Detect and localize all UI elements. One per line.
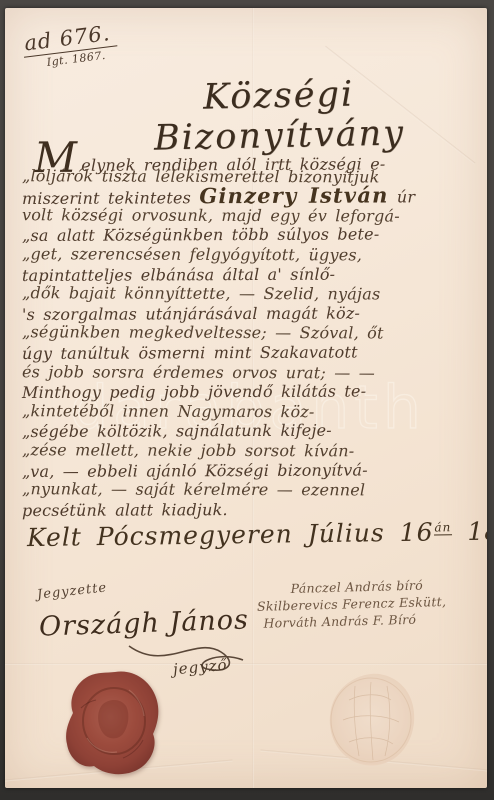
notary-note: Jegyzette (36, 580, 107, 602)
body-line: úgy tanúltuk ösmerni mint Szakavatott (22, 342, 478, 364)
body-line: „sa alatt Községünkben több súlyos bete- (22, 224, 478, 246)
body-line: 's szorgalmas utánjárásával magát köz- (22, 303, 478, 325)
embossed-paper-seal (321, 670, 421, 772)
dateline: Kelt Pócsmegyeren Július 16án 1867. (27, 517, 479, 552)
photo-background: darabanth ad 676. Igt. 1867. Községi Biz… (0, 0, 494, 800)
dateline-superscript: án (433, 520, 452, 535)
red-wax-seal (63, 668, 167, 778)
body-line: „dők bajait könnyíttette, — Szelid, nyáj… (22, 283, 478, 304)
body-line: tapintatteljes elbánása által a' sínlő- (22, 264, 478, 286)
body-line: Minthogy pedig jobb jövendő kilátás te- (22, 381, 478, 403)
body-line-name: miszerint tekintetes Ginzery István úr (22, 185, 478, 207)
opening-initial: M (34, 149, 77, 167)
document-paper: darabanth ad 676. Igt. 1867. Községi Biz… (5, 8, 487, 788)
person-name: Ginzery István (199, 183, 388, 209)
notary-signature: Országh János (39, 604, 250, 642)
officials-signatures: Pánczel András bíró Skilberevics Ferencz… (256, 575, 477, 632)
body-line: „ségünkben megkedveltesse; — Szóval, őt (22, 323, 478, 344)
reference-block: ad 676. Igt. 1867. (21, 20, 120, 71)
name-line-post: úr (397, 187, 415, 206)
document-body: Melynek rendiben alól irtt községi e- „l… (22, 147, 478, 519)
body-line: volt községi orvosunk, majd egy év lefor… (22, 205, 478, 226)
dateline-year: 1867. (467, 516, 487, 546)
body-line: „zése mellett, nekie jobb sorsot kíván- (22, 440, 478, 461)
body-line: „va, — ebbeli ajánló Községi bizonyítvá- (22, 460, 478, 482)
body-line-opening: Melynek rendiben alól irtt községi e- (22, 146, 478, 168)
body-line: és jobb sorsra érdemes orvos urat; — — (22, 362, 478, 383)
body-line: „get, szerencsésen felgyógyított, ügyes, (22, 244, 478, 265)
body-line: „ségébe költözik, sajnálatunk kifeje- (22, 420, 478, 442)
body-line: „nyunkat, — saját kérelmére — ezennel (22, 479, 478, 500)
dateline-text: Kelt Pócsmegyeren Július 16 (27, 517, 434, 552)
body-line: „kintetéből innen Nagymaros köz- (22, 401, 478, 422)
